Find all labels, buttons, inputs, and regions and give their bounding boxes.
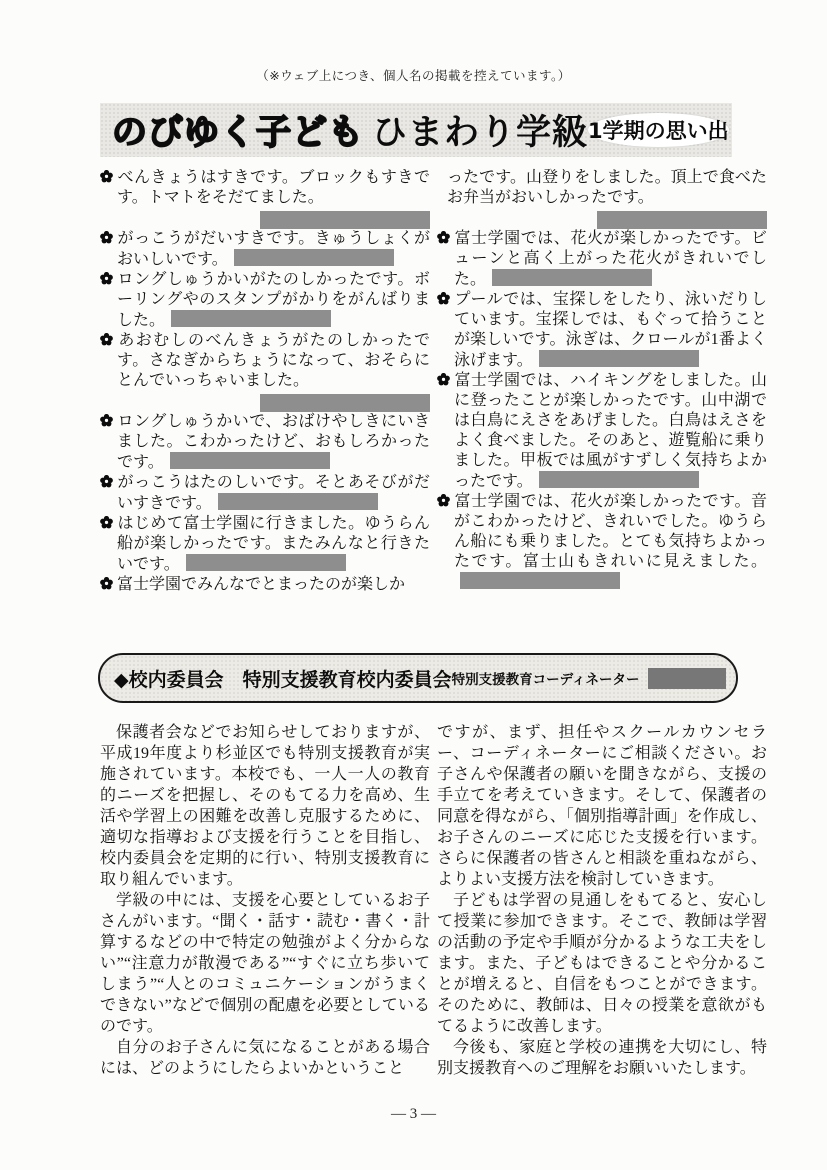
banner-badge-oval: 1学期の思い出: [588, 113, 729, 147]
page-number: — 3 —: [0, 1106, 827, 1123]
memory-item: がっこうはたのしいです。そとあそびがだいすきです。: [100, 473, 430, 514]
flower-bullet-icon: [437, 292, 450, 305]
paragraph-continuation: ですが、まず、担任やスクールカウンセラー、コーディネーターにご相談ください。お子…: [437, 722, 767, 890]
redacted-name-box: [234, 249, 394, 266]
flower-bullet-icon: [100, 231, 113, 244]
memory-item: べんきょうはすきです。ブロックもすきです。トマトをそだてました。: [100, 168, 430, 229]
memory-item: ロングしゅうかいで、おばけやしきにいきました。こわかったけど、おもしろかったです…: [100, 412, 430, 473]
committee-section-heading: ◆校内委員会 特別支援教育校内委員会 特別支援教育コーディネーター: [98, 653, 738, 703]
flower-bullet-icon: [437, 373, 450, 386]
flower-bullet-icon: [437, 494, 450, 507]
paragraph: 今後も、家庭と学校の連携を大切にし、特別支援教育へのご理解をお願いいたします。: [437, 1037, 767, 1079]
memory-text: べんきょうはすきです。ブロックもすきです。トマトをそだてました。: [117, 169, 430, 206]
memories-left-column: べんきょうはすきです。ブロックもすきです。トマトをそだてました。 がっこうがだい…: [100, 168, 430, 595]
privacy-disclaimer: （※ウェブ上につき、個人名の掲載を控えています。）: [0, 66, 827, 84]
flower-bullet-icon: [100, 272, 113, 285]
paragraph: 学級の中には、支援を心要としているお子さんがいます。“聞く・話す・読む・書く・計…: [100, 890, 430, 1037]
redacted-name-box: [460, 572, 620, 589]
committee-heading-main: ◆校内委員会 特別支援教育校内委員会: [114, 665, 452, 692]
redacted-name-box: [260, 211, 430, 229]
redacted-name-box: [218, 493, 378, 510]
redacted-name-box: [171, 310, 331, 327]
redacted-name-box: [170, 452, 330, 469]
redacted-name-box: [492, 269, 652, 286]
redacted-name-box: [539, 350, 699, 367]
committee-body: 保護者会などでお知らせしておりますが、平成19年度より杉並区でも特別支援教育が実…: [100, 722, 767, 1079]
paragraph: 自分のお子さんに気になることがある場合には、どのようにしたらよいかということ: [100, 1037, 430, 1079]
redacted-name-box: [597, 211, 767, 229]
memory-item: はじめて富士学園に行きました。ゆうらん船が楽しかったです。またみんなと行きたいで…: [100, 514, 430, 575]
flower-bullet-icon: [437, 231, 450, 244]
memory-text: 富士学園では、花火が楽しかったです。音がこわかったけど、きれいでした。ゆうらん船…: [454, 493, 767, 570]
redacted-name-box: [260, 394, 430, 412]
committee-heading-coordinator-label: 特別支援教育コーディネーター: [452, 668, 640, 688]
memory-item-continuation: ったです。山登りをしました。頂上で食べたお弁当がおいしかったです。: [437, 168, 767, 229]
committee-left-column: 保護者会などでお知らせしておりますが、平成19年度より杉並区でも特別支援教育が実…: [100, 722, 430, 1079]
flower-bullet-icon: [100, 333, 113, 346]
flower-bullet-icon: [100, 516, 113, 529]
banner-title-class-name: ひまわり学級: [372, 105, 588, 155]
memory-item: 富士学園では、ハイキングをしました。山に登ったことが楽しかったです。山中湖では白…: [437, 371, 767, 492]
memory-item: がっこうがだいすきです。きゅうしょくがおいしいです。: [100, 229, 430, 270]
banner-badge-label: 1学期の思い出: [588, 115, 729, 145]
committee-right-column: ですが、まず、担任やスクールカウンセラー、コーディネーターにご相談ください。お子…: [437, 722, 767, 1079]
flower-bullet-icon: [100, 577, 113, 590]
memory-item: プールでは、宝探しをしたり、泳いだりしています。宝探しでは、もぐって拾うことが楽…: [437, 290, 767, 371]
memories-right-column: ったです。山登りをしました。頂上で食べたお弁当がおいしかったです。 富士学園では…: [437, 168, 767, 595]
memories-section: べんきょうはすきです。ブロックもすきです。トマトをそだてました。 がっこうがだい…: [100, 168, 767, 595]
flower-bullet-icon: [100, 414, 113, 427]
memory-text: ったです。山登りをしました。頂上で食べたお弁当がおいしかったです。: [447, 169, 767, 206]
paragraph: 保護者会などでお知らせしておりますが、平成19年度より杉並区でも特別支援教育が実…: [100, 722, 430, 890]
flower-bullet-icon: [100, 170, 113, 183]
flower-bullet-icon: [100, 475, 113, 488]
memory-text: 富士学園でみんなでとまったのが楽しか: [117, 576, 405, 593]
memory-item: 富士学園でみんなでとまったのが楽しか: [100, 575, 430, 595]
memory-item: 富士学園では、花火が楽しかったです。ビューンと高く上がった花火がきれいでした。: [437, 229, 767, 290]
paragraph: 子どもは学習の見通しをもてると、安心して授業に参加できます。そこで、教師は学習の…: [437, 890, 767, 1037]
newsletter-page: （※ウェブ上につき、個人名の掲載を控えています。） のびゆく子ども ひまわり学級…: [0, 0, 827, 1170]
banner-title-outline: のびゆく子ども: [112, 105, 364, 155]
memory-item: ロングしゅうかいがたのしかったです。ボーリングやのスタンプがかりをがんばりました…: [100, 270, 430, 331]
redacted-coordinator-name-box: [648, 668, 726, 689]
himawari-class-banner: のびゆく子ども ひまわり学級 1学期の思い出: [100, 103, 732, 157]
redacted-name-box: [539, 471, 699, 488]
memory-item: 富士学園では、花火が楽しかったです。音がこわかったけど、きれいでした。ゆうらん船…: [437, 492, 767, 593]
redacted-name-box: [186, 554, 346, 571]
memory-text: あおむしのべんきょうがたのしかったです。さなぎからちょうになって、おそらにとんで…: [117, 332, 430, 389]
memory-item: あおむしのべんきょうがたのしかったです。さなぎからちょうになって、おそらにとんで…: [100, 331, 430, 412]
